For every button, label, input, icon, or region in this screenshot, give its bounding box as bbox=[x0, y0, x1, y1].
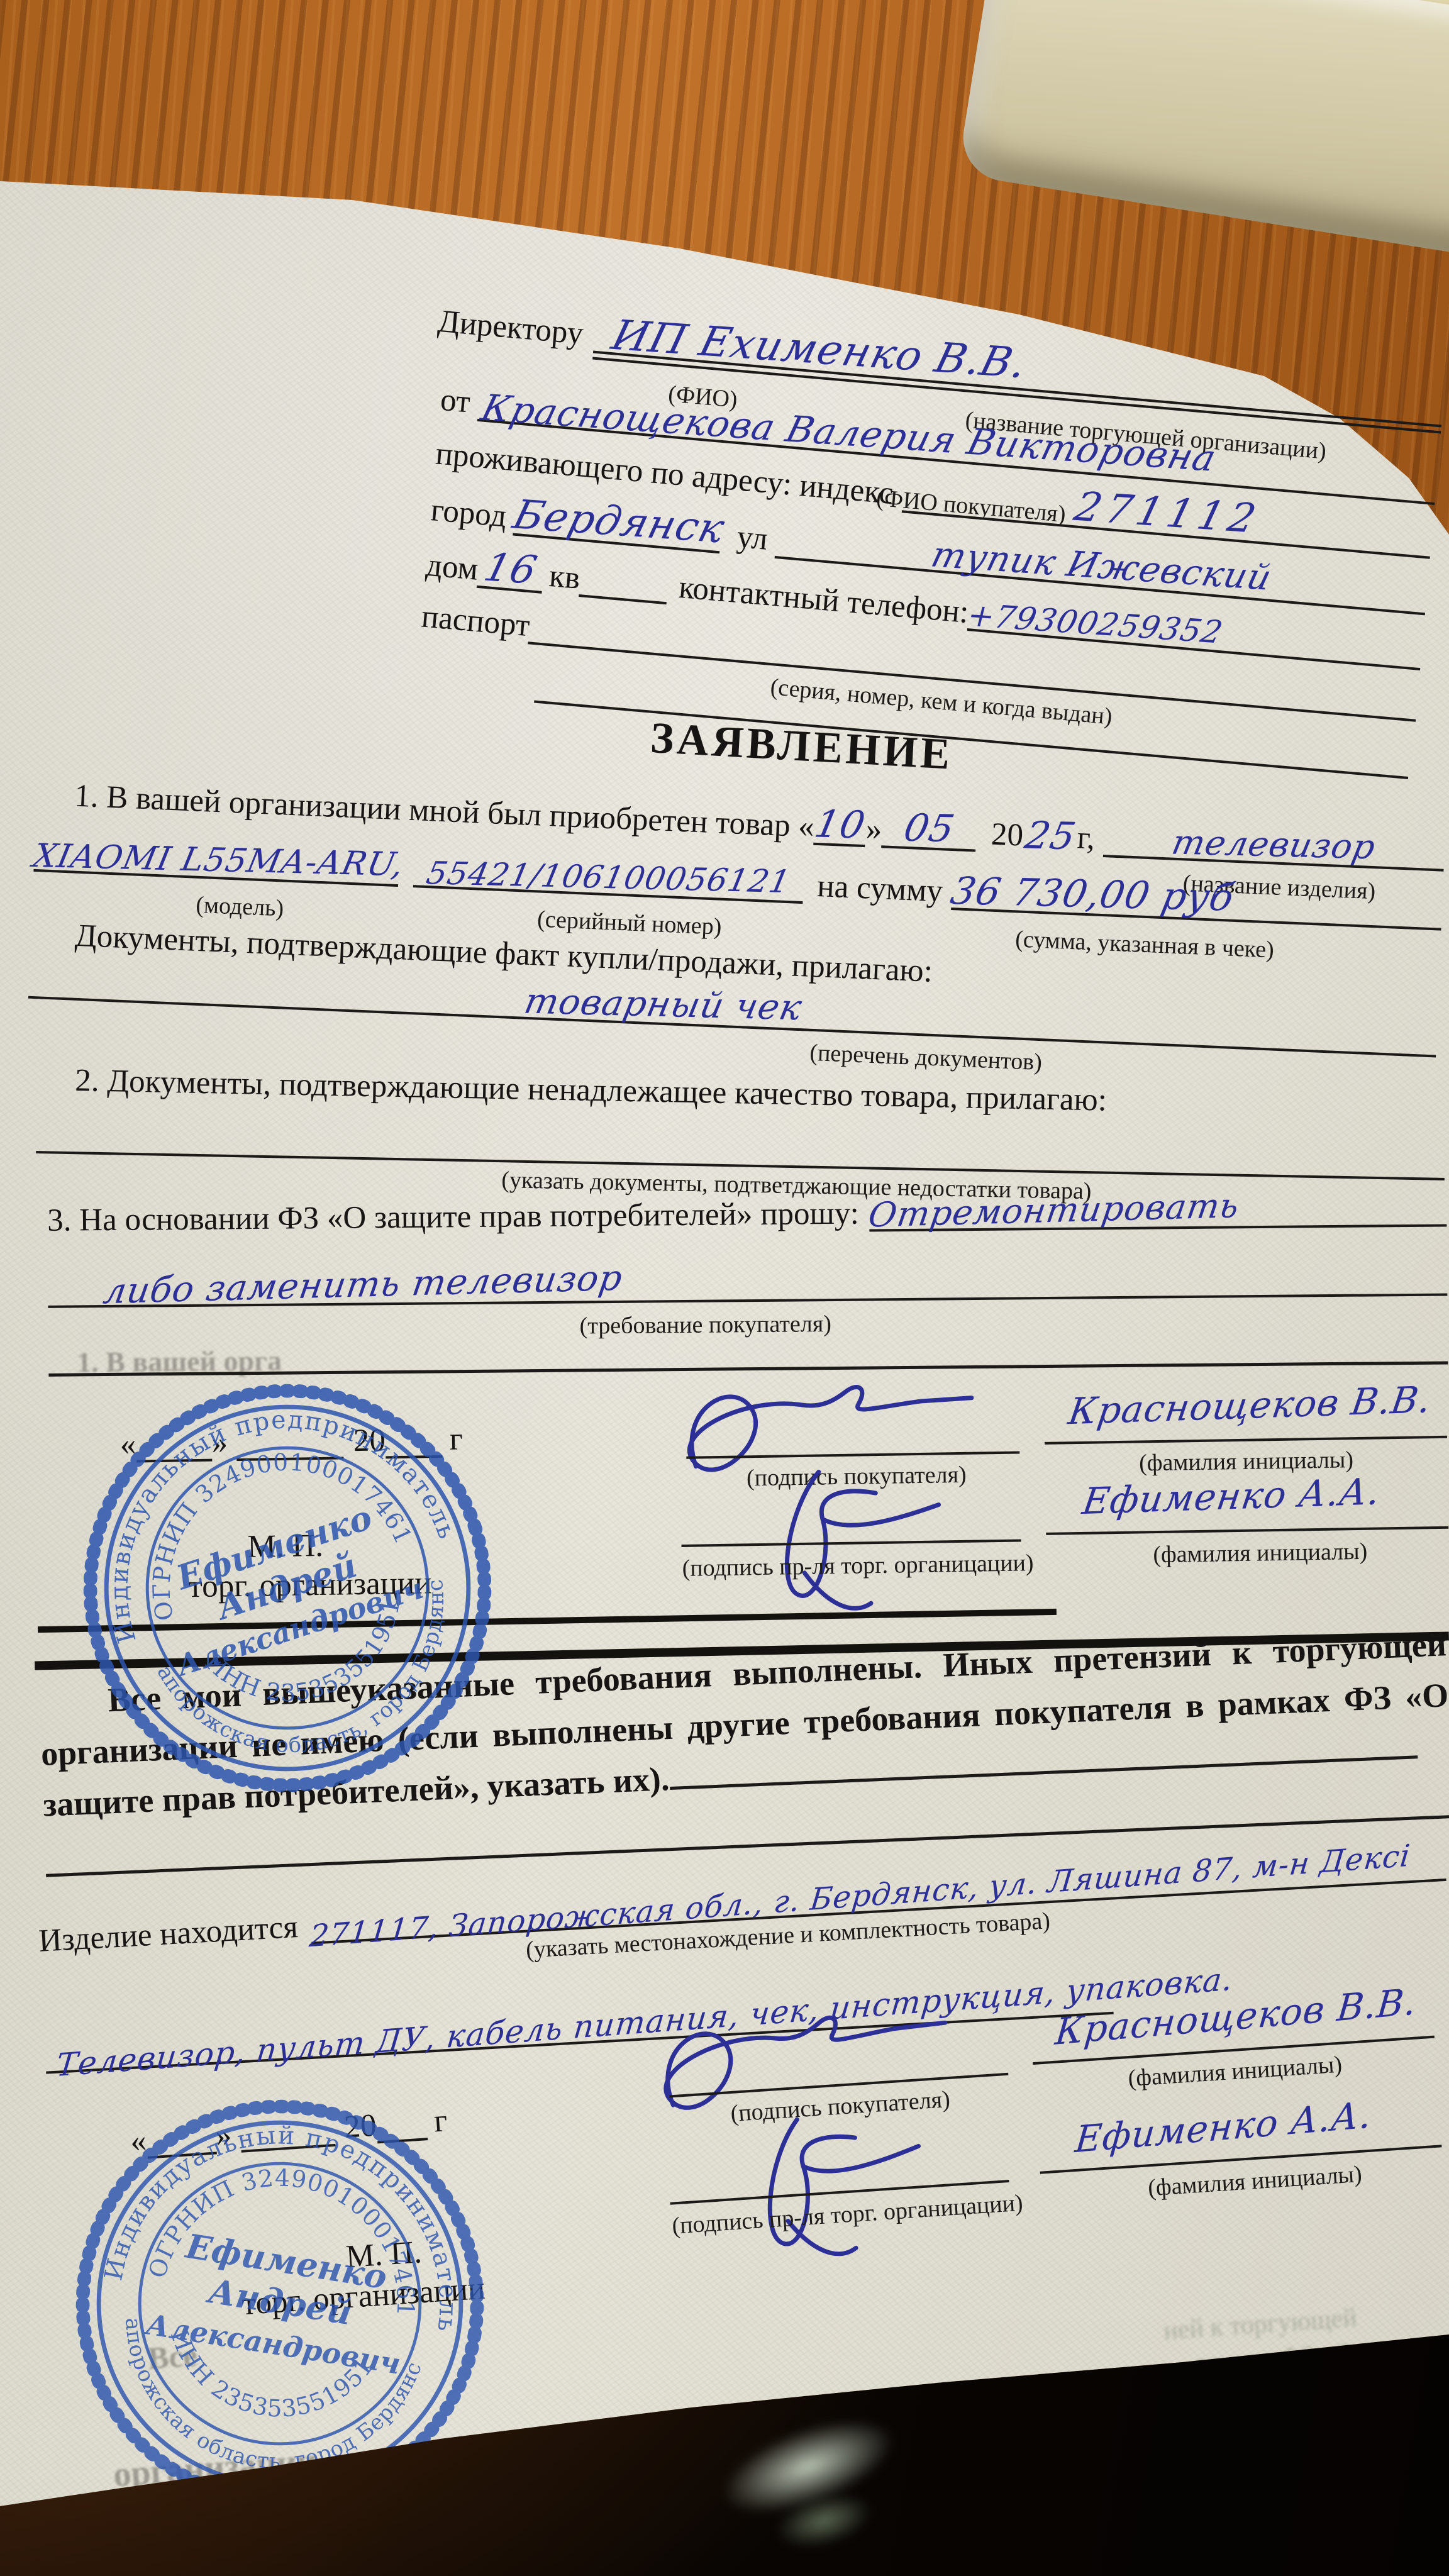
org-sign-sublabel: (подпись пр-ля торг. органицации) bbox=[669, 1549, 1047, 1582]
s3-text: 3. На основании ФЗ «О защите прав потреб… bbox=[47, 1196, 859, 1239]
purchase-day-handwritten: 10 bbox=[812, 806, 869, 844]
index-value-handwritten: 271112 bbox=[1071, 487, 1265, 539]
item-name-handwritten: телевизор bbox=[1169, 826, 1379, 864]
house-label: дом bbox=[425, 547, 480, 588]
purchase-month-handwritten: 05 bbox=[901, 809, 958, 848]
apt-label: кв bbox=[548, 558, 582, 597]
buyer-name-handwritten: Краснощеков В.В. bbox=[1066, 1381, 1433, 1430]
street-label: ул bbox=[735, 519, 769, 558]
docs-value-handwritten: товарный чек bbox=[521, 984, 805, 1026]
serial-handwritten: 55421/106100056121 bbox=[424, 857, 793, 897]
house-value-handwritten: 16 bbox=[480, 548, 541, 590]
org-signature bbox=[640, 2094, 1002, 2281]
s1-year-prefix: 20 bbox=[991, 816, 1024, 854]
s3-sublabel: (требование покупателя) bbox=[517, 1309, 894, 1340]
sum-value-handwritten: 36 730,00 руб bbox=[947, 872, 1237, 917]
s1-quote-close: » bbox=[865, 811, 883, 848]
model-handwritten: XIAOMI L55MA-ARU, bbox=[30, 840, 406, 881]
photo-scene: Директору ИП Ехименко В.В. (ФИО) (назван… bbox=[0, 0, 1449, 2576]
city-label: город bbox=[430, 492, 508, 535]
purchase-year-handwritten: 25 bbox=[1022, 817, 1079, 855]
fam-sublabel-2: (фамилия инициалы) bbox=[1122, 1537, 1399, 1569]
org-name-handwritten: Ефименко А.А. bbox=[1080, 1473, 1383, 1519]
s1-year-suffix: г, bbox=[1077, 819, 1096, 857]
request-1-handwritten: Отремонтировать bbox=[866, 1189, 1241, 1232]
from-label: от bbox=[439, 382, 472, 421]
sum-label: на сумму bbox=[816, 868, 943, 909]
